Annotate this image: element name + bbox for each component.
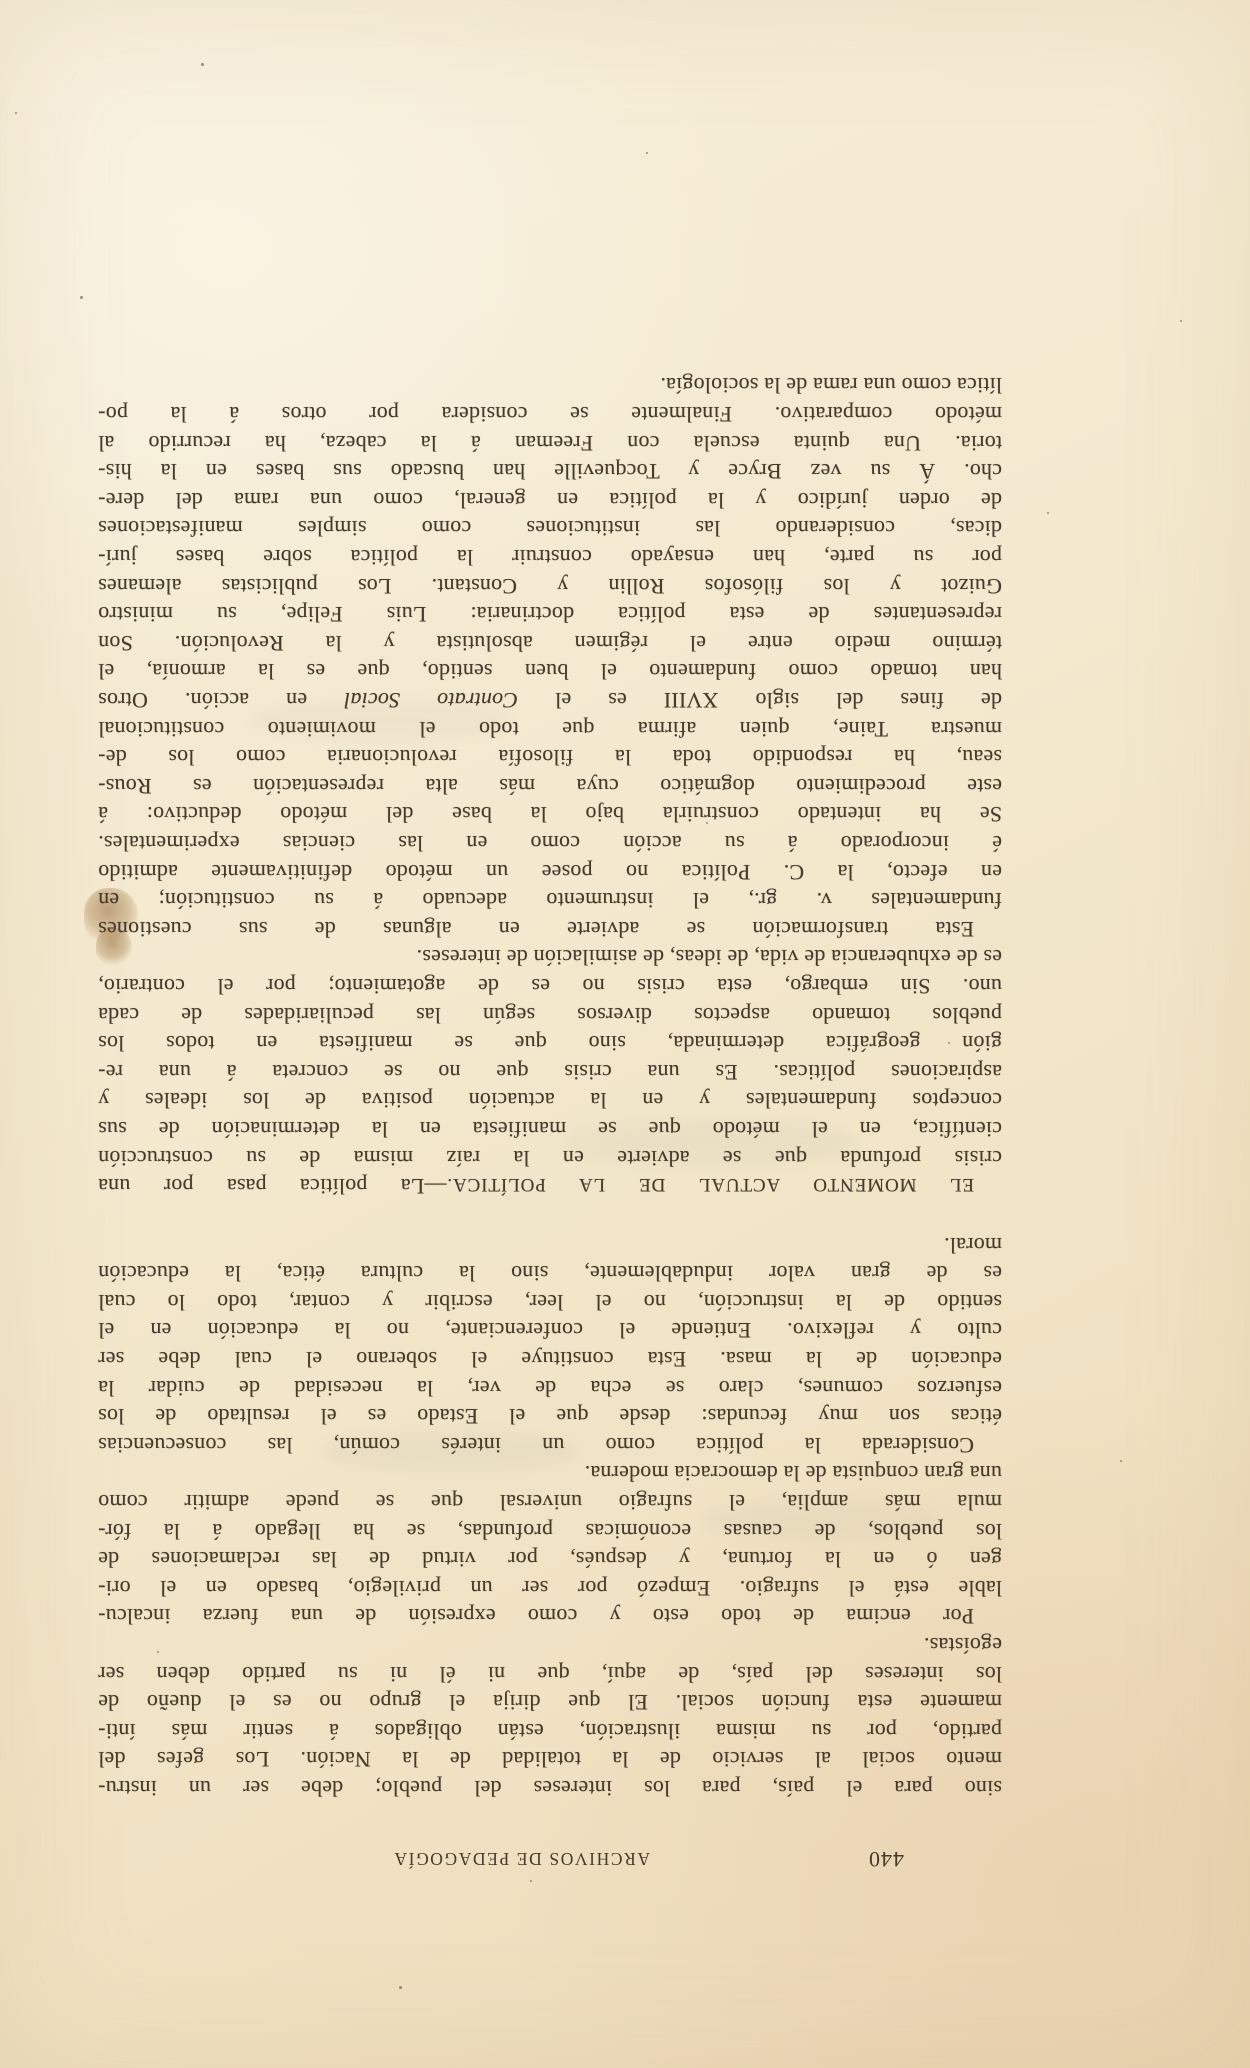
text-line: mento social al servicio de la totalidad… (98, 1745, 1002, 1774)
text-line: cho. Á su vez Bryce y Tocqueville han bu… (98, 457, 1002, 486)
text-line: los pueblos, de causas económicas profun… (98, 1516, 1002, 1545)
text-span: los pueblos, de causas económicas profun… (98, 1519, 1002, 1544)
text-span: mento social al servicio de la totalidad… (98, 1747, 1002, 1772)
text-line: moral. (98, 1230, 1002, 1259)
text-line: este procedimiento dogmático cuya más al… (98, 771, 1002, 800)
text-line: lable está el sufragio. Empezó por ser u… (98, 1573, 1002, 1602)
text-line: esfuerzos comunes, claro se echa de ver,… (98, 1373, 1002, 1402)
text-span: pueblos tomando aspectos diversos según … (98, 1003, 1002, 1028)
text-span: mamente esta función social. El que diri… (98, 1690, 1002, 1715)
text-span: mula más amplia, el sufragio universal q… (98, 1490, 1002, 1515)
text-span: representantes de esta política doctrina… (98, 602, 1002, 627)
page-header: 440 ARCHIVOS DE PEDAGOGÍA (98, 1840, 1002, 1872)
text-span: egoístas. (924, 1633, 1002, 1658)
text-span: han tomado como fundamento el buen senti… (98, 659, 1002, 684)
text-span: conceptos fundamentales y en la actuació… (98, 1088, 1002, 1113)
text-span: dicas, considerando las instituciones co… (98, 516, 1002, 541)
text-span: educación de la masa. Esta constituye el… (98, 1347, 1002, 1372)
text-line: toria. Una quinta escuela con Freeman á … (98, 428, 1002, 457)
text-span: partido, por su misma ilustración, están… (98, 1719, 1002, 1744)
text-line: es de gran valor indudablemente, sino la… (98, 1259, 1002, 1288)
text-line: por su parte, han ensayado construir la … (98, 542, 1002, 571)
text-span: en efecto, la C. Política no posee un mé… (98, 860, 1002, 885)
text-span: de orden jurídico y la política en gener… (98, 488, 1002, 513)
text-line: muestra Taine, quien afirma que todo el … (98, 714, 1002, 743)
paragraph-momento-actual: EL MOMENTO ACTUAL DE LA POLÍTICA.—La pol… (98, 943, 1002, 1200)
text-span: es de gran valor indudablemente, sino la… (98, 1261, 1002, 1286)
text-line: una gran conquista de la democracia mode… (98, 1459, 1002, 1488)
text-span: lable está el sufragio. Empezó por ser u… (98, 1576, 1002, 1601)
text-line: crisis profunda que se advierte en la ra… (98, 1143, 1002, 1172)
text-line: culto y reflexivo. Entiende el conferenc… (98, 1316, 1002, 1345)
text-line: lítica como una rama de la sociología. (98, 371, 1002, 400)
text-span: sino para el país, para los intereses de… (98, 1776, 1002, 1801)
text-line: Se ha intentado construirla bajo la base… (98, 800, 1002, 829)
text-span: los intereses del país, de aquí, que ni … (98, 1662, 1002, 1687)
text-line: gión geográfica determinada, sino que se… (98, 1029, 1002, 1058)
text-line: EL MOMENTO ACTUAL DE LA POLÍTICA.—La pol… (98, 1172, 1002, 1201)
text-span: gen ó en la fortuna, y después, por virt… (98, 1547, 1002, 1572)
text-span: Guizot y los filósofos Rollin y Constant… (98, 574, 1002, 599)
text-line: en efecto, la C. Política no posee un mé… (98, 857, 1002, 886)
text-span: método comparativo. Finalmente se consid… (98, 402, 1002, 427)
text-line: de fines del siglo XVIII es el Contrato … (98, 685, 1002, 714)
text-span: Esta transformación se advierte en algun… (98, 917, 974, 942)
text-line: partido, por su misma ilustración, están… (98, 1716, 1002, 1745)
paragraph-partidos: sino para el país, para los intereses de… (98, 1630, 1002, 1802)
text-line: fundamentales v. gr., el instrumento ade… (98, 886, 1002, 915)
text-span: científica, en el método que se manifies… (98, 1117, 1002, 1142)
text-span: esfuerzos comunes, claro se echa de ver,… (98, 1376, 1002, 1401)
text-span: de fines del siglo XVIII es el (518, 688, 1002, 713)
text-line: é incorporado á su acción como en las ci… (98, 828, 1002, 857)
text-line: han tomado como fundamento el buen senti… (98, 657, 1002, 686)
text-line: dicas, considerando las instituciones co… (98, 514, 1002, 543)
text-span-smallcaps: EL MOMENTO ACTUAL DE LA POLÍTICA. (446, 1174, 974, 1195)
text-span: Por encima de todo esto y como expresión… (98, 1604, 974, 1629)
text-span: una gran conquista de la democracia mode… (585, 1461, 1002, 1486)
text-span: crisis profunda que se advierte en la ra… (98, 1146, 1002, 1171)
page-number: 440 (868, 1846, 904, 1872)
text-line: los intereses del país, de aquí, que ni … (98, 1659, 1002, 1688)
text-line: método comparativo. Finalmente se consid… (98, 400, 1002, 429)
paragraph-transformacion: Esta transformación se advierte en algun… (98, 371, 1002, 943)
text-line: egoístas. (98, 1630, 1002, 1659)
text-span: toria. Una quinta escuela con Freeman á … (98, 431, 1002, 456)
text-span: Considerada la política como un interés … (98, 1433, 974, 1458)
text-line: aspiraciones políticas. Es una crisis qu… (98, 1057, 1002, 1086)
text-line: sino para el país, para los intereses de… (98, 1773, 1002, 1802)
text-span: seau, ha respondido toda la filosofía re… (98, 745, 1002, 770)
text-line: de orden jurídico y la política en gener… (98, 485, 1002, 514)
text-line: término medio entre el régimen absolutis… (98, 628, 1002, 657)
text-line: Esta transformación se advierte en algun… (98, 914, 1002, 943)
text-span: é incorporado á su acción como en las ci… (98, 831, 1002, 856)
journal-title: ARCHIVOS DE PEDAGOGÍA (393, 1848, 650, 1869)
text-line: mula más amplia, el sufragio universal q… (98, 1487, 1002, 1516)
text-line: representantes de esta política doctrina… (98, 600, 1002, 629)
text-line: es de exhuberancia de vida, de ideas, de… (98, 943, 1002, 972)
text-line: mamente esta función social. El que diri… (98, 1688, 1002, 1717)
text-span: sentido de la instrucción, no el leer, e… (98, 1290, 1002, 1315)
text-span: es de exhuberancia de vida, de ideas, de… (416, 945, 1002, 970)
text-span: gión geográfica determinada, sino que se… (98, 1031, 1002, 1056)
text-line: educación de la masa. Esta constituye el… (98, 1345, 1002, 1374)
paragraph-educacion-moral: Considerada la política como un interés … (98, 1230, 1002, 1459)
text-line: pueblos tomando aspectos diversos según … (98, 1000, 1002, 1029)
scanned-book-page: 440 ARCHIVOS DE PEDAGOGÍA sino para el p… (0, 0, 1250, 2068)
page-body: sino para el país, para los intereses de… (98, 371, 1002, 1802)
text-span: éticas son muy fecundas: desde que el Es… (98, 1404, 1002, 1429)
text-span: uno. Sin embargo, esta crisis no es de a… (98, 974, 1002, 999)
text-span: fundamentales v. gr., el instrumento ade… (98, 888, 1002, 913)
text-line: Por encima de todo esto y como expresión… (98, 1602, 1002, 1631)
text-span: este procedimiento dogmático cuya más al… (98, 774, 1002, 799)
text-span: aspiraciones políticas. Es una crisis qu… (98, 1060, 1002, 1085)
text-span: culto y reflexivo. Entiende el conferenc… (98, 1319, 1002, 1344)
text-span: Se ha intentado construirla bajo la base… (98, 802, 1002, 827)
text-span: moral. (944, 1233, 1002, 1258)
paragraph-sufragio: Por encima de todo esto y como expresión… (98, 1459, 1002, 1631)
text-span: cho. Á su vez Bryce y Tocqueville han bu… (98, 459, 1002, 484)
text-line: seau, ha respondido toda la filosofía re… (98, 743, 1002, 772)
text-span: por su parte, han ensayado construir la … (98, 545, 1002, 570)
text-line: uno. Sin embargo, esta crisis no es de a… (98, 971, 1002, 1000)
text-span: —La política pasa por una (98, 1174, 446, 1199)
text-line: éticas son muy fecundas: desde que el Es… (98, 1402, 1002, 1431)
text-line: científica, en el método que se manifies… (98, 1114, 1002, 1143)
text-line: Guizot y los filósofos Rollin y Constant… (98, 571, 1002, 600)
text-line: conceptos fundamentales y en la actuació… (98, 1086, 1002, 1115)
text-span: término medio entre el régimen absolutis… (98, 631, 1002, 656)
text-line: gen ó en la fortuna, y después, por virt… (98, 1545, 1002, 1574)
text-line: Considerada la política como un interés … (98, 1430, 1002, 1459)
text-span: en acción. Otros (98, 688, 344, 713)
text-span-italic: Contrato Social (344, 688, 518, 713)
rotated-page-content: 440 ARCHIVOS DE PEDAGOGÍA sino para el p… (0, 0, 1250, 2068)
text-line: sentido de la instrucción, no el leer, e… (98, 1287, 1002, 1316)
text-span: muestra Taine, quien afirma que todo el … (98, 717, 1002, 742)
text-span: lítica como una rama de la sociología. (660, 374, 1002, 399)
